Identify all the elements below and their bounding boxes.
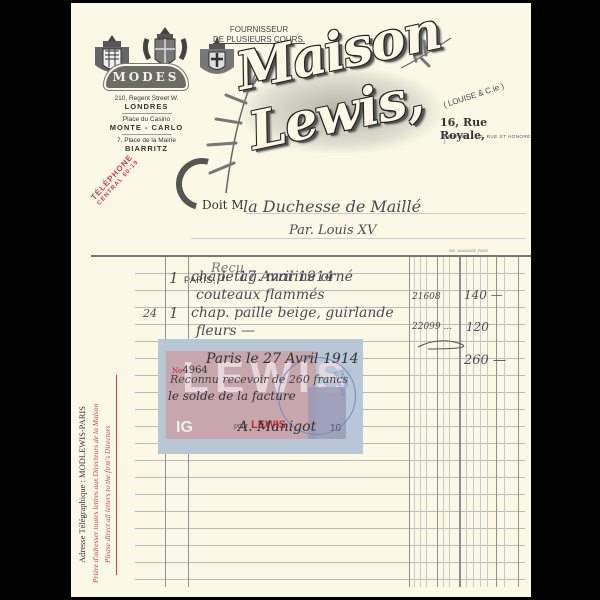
line-code: 22099 ...	[412, 322, 452, 332]
line-amount: 140 —	[464, 288, 503, 302]
addressee-rule	[191, 238, 526, 239]
stamp-ig-label: IG	[176, 419, 193, 437]
printer-mark: IMP. VANDANGE, PARIS	[449, 249, 488, 253]
line-amount: 120	[466, 320, 489, 334]
line-description-2: couteaux flammés	[196, 287, 325, 303]
invoice-paper: MODES 210, Regent Street W. LONDRES Plac…	[71, 3, 531, 597]
customer-address: Par. Louis XV	[289, 223, 376, 238]
line-description-2: fleurs —	[196, 323, 255, 339]
line-qty: 1	[169, 304, 179, 322]
telegraph-address: Adresse Télégraphique : MODLEWIS-PARIS	[77, 406, 87, 563]
invoice-total: 260 —	[464, 353, 506, 368]
stamp-signature: A. Manigot	[238, 419, 316, 435]
directors-note-english: Please direct all letters to the firm's …	[103, 426, 112, 564]
stamp-received-line: Reconnu recevoir de 260 francs	[170, 373, 348, 386]
stamp-received-line-2: le solde de la facture	[168, 389, 296, 403]
line-ref: 24	[143, 307, 157, 320]
entrance-note: ( ENTRÉE : 422, RUE ST HONORÉ )	[444, 134, 531, 144]
directors-note-french: Prière d'adresser toutes lettres aux Dir…	[91, 404, 100, 583]
line-code: 21608	[412, 292, 441, 302]
margin-red-rule	[116, 375, 117, 575]
line-description: chap. paille beige, guirlande	[191, 305, 394, 321]
doit-label: Doit M	[202, 198, 244, 212]
total-flourish-icon	[416, 339, 496, 353]
telephone-block: TÉLÉPHONE CENTRAL 60-19	[89, 152, 142, 208]
receipt-stamp: LEWIS No4964 IG pour LEWIS 10 TIMBRE FRA…	[158, 339, 363, 454]
line-qty: 1	[169, 269, 179, 287]
modes-banner: MODES	[106, 66, 186, 88]
line-description: chap. tag. marine orné	[191, 269, 353, 285]
customer-name: la Duchesse de Maillé	[243, 197, 421, 216]
stamp-date: Paris le 27 Avril 1914	[206, 351, 359, 367]
ledger-header-rule	[91, 255, 531, 257]
